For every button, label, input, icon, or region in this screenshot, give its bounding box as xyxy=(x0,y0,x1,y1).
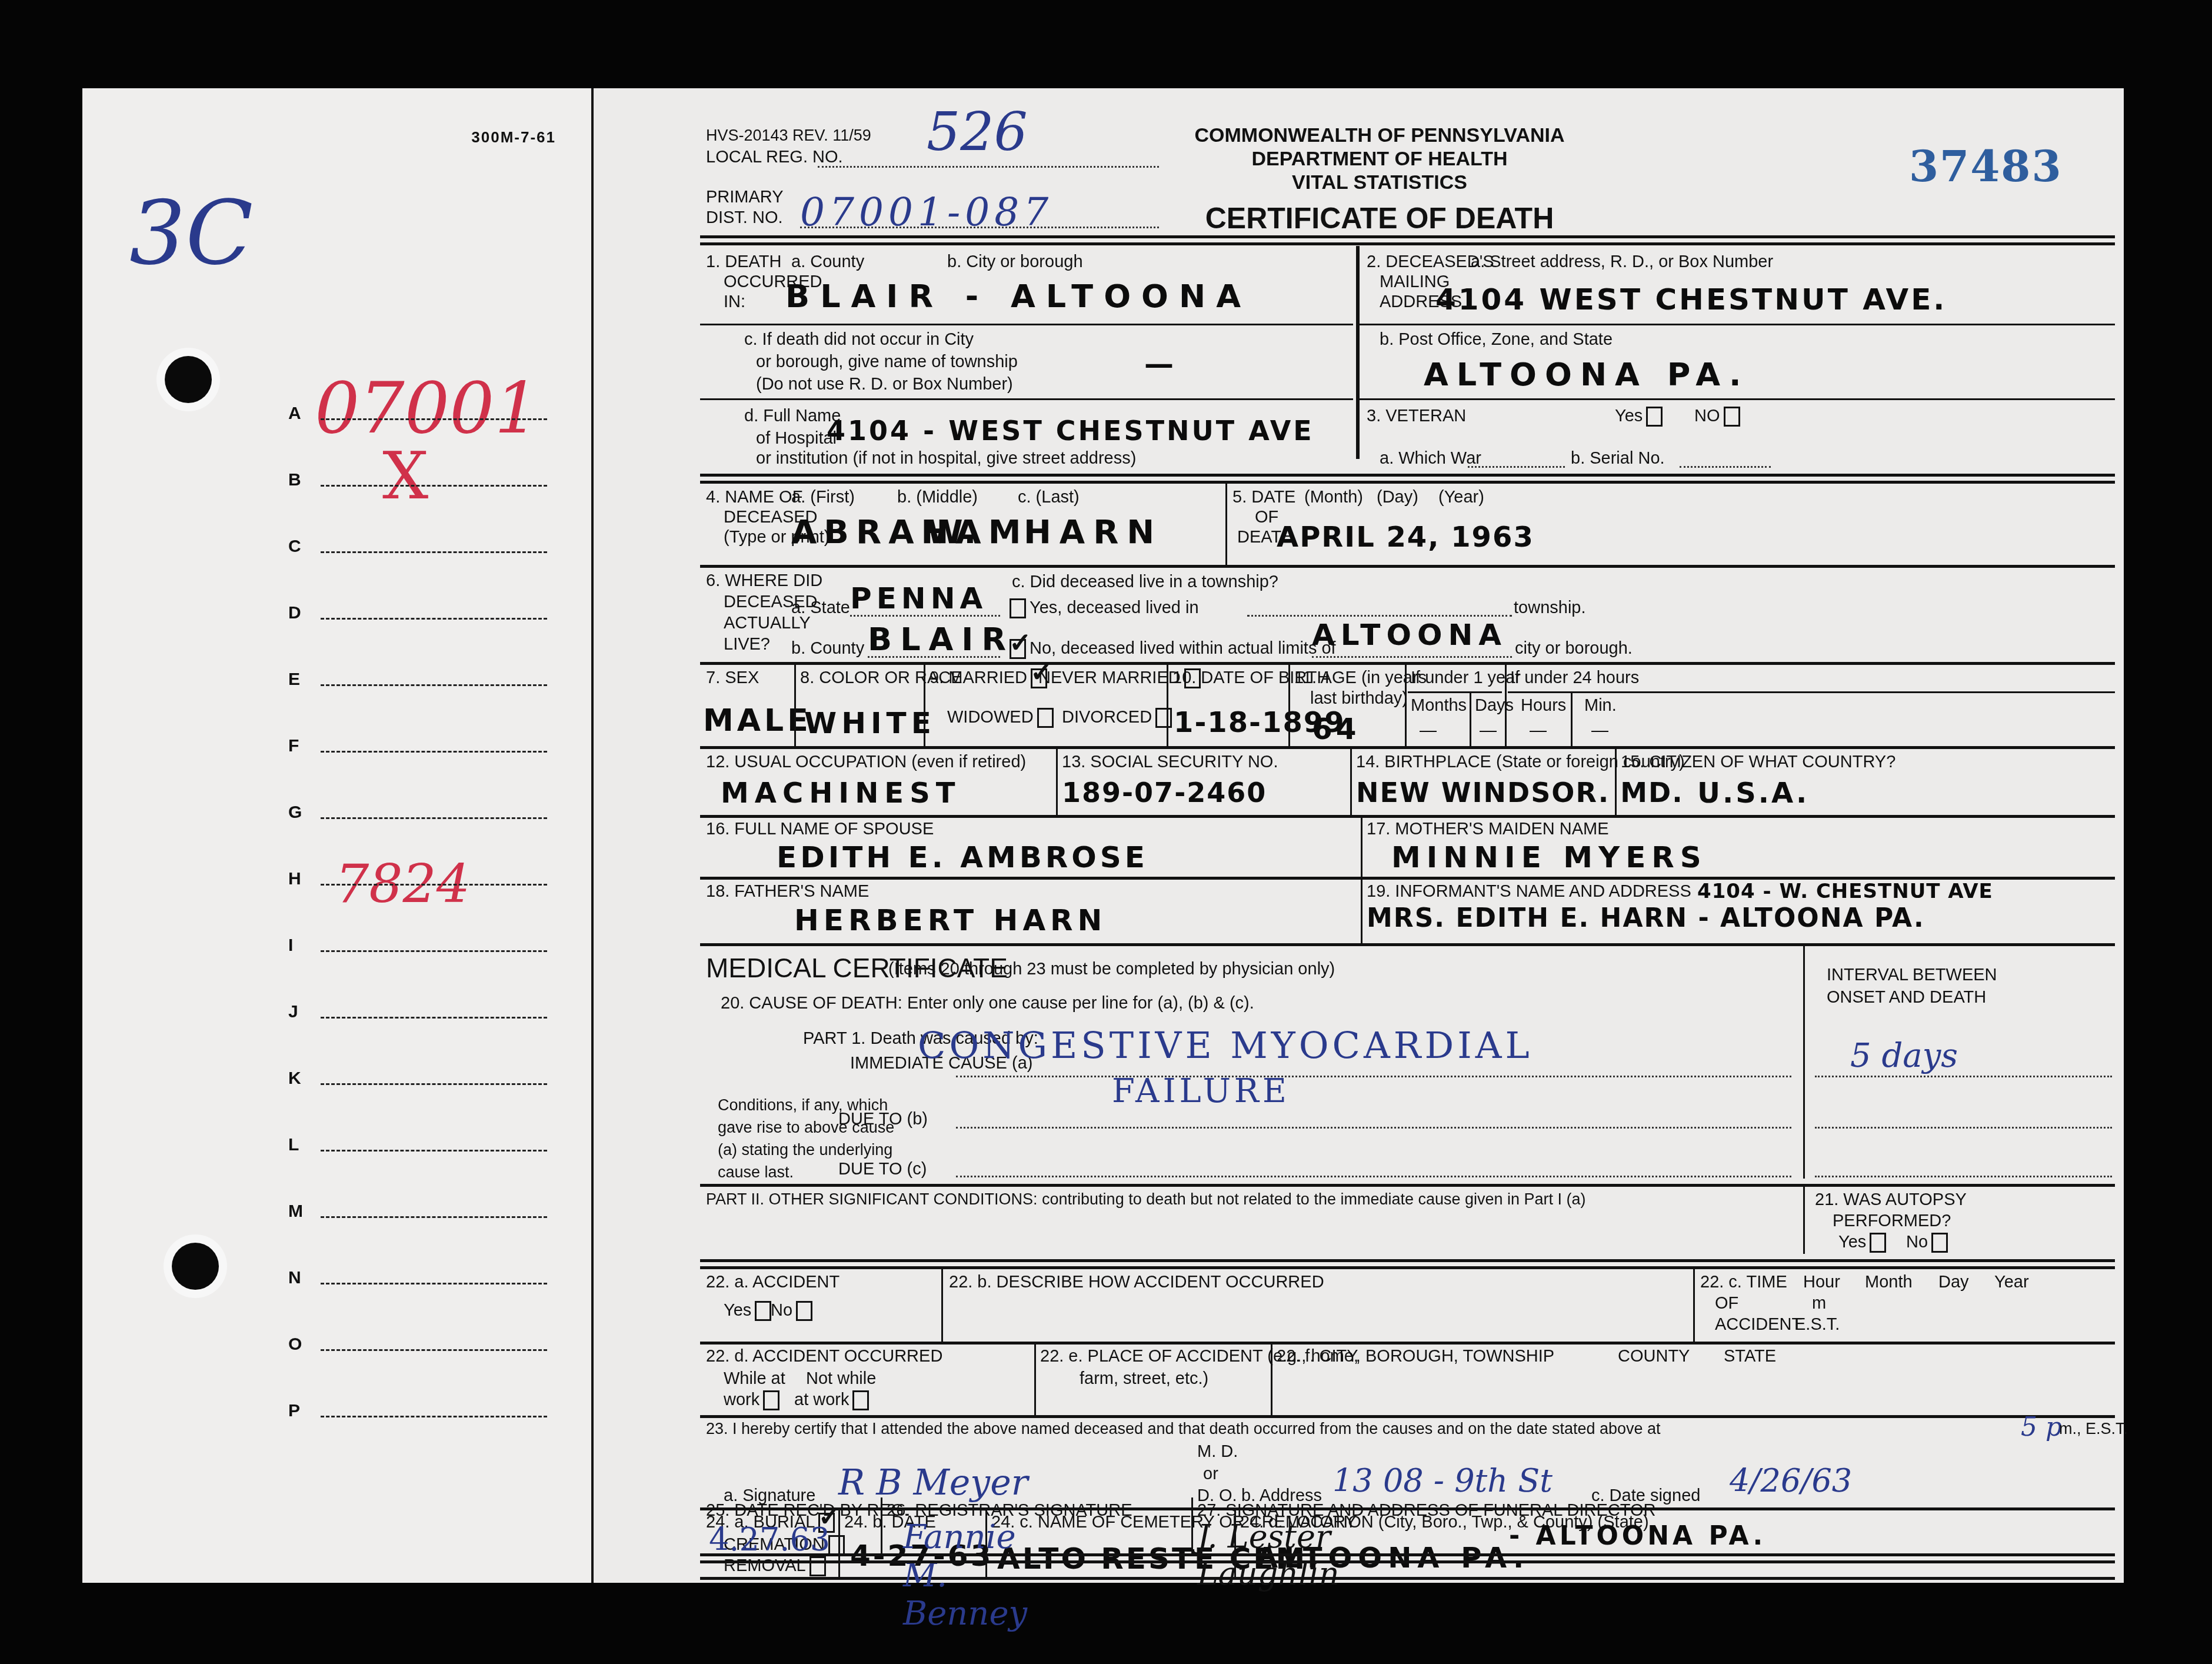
death-place-value: BLAIR - ALTOONA xyxy=(785,278,1251,315)
form-number: HVS-20143 REV. 11/59 xyxy=(706,126,871,145)
residence-city-value: ALTOONA xyxy=(1312,618,1507,652)
cause-of-death-label: 20. CAUSE OF DEATH: Enter only one cause… xyxy=(721,993,1254,1014)
divorced-option[interactable]: DIVORCED xyxy=(1062,707,1175,728)
item5-label: 5. DATE xyxy=(1232,487,1295,508)
informant-name-value: MRS. EDITH E. HARN - ALTOONA PA. xyxy=(1367,903,1925,933)
while-at-work-checkbox[interactable] xyxy=(763,1390,779,1410)
certificate-form: HVS-20143 REV. 11/59 526 LOCAL REG. NO. … xyxy=(591,88,2124,1583)
physician-address-value: 13 08 - 9th St xyxy=(1332,1462,1553,1499)
due-to-b-label: DUE TO (b) xyxy=(838,1109,928,1130)
accident-yes-checkbox[interactable] xyxy=(755,1301,771,1321)
lived-in-township-option[interactable]: Yes, deceased lived in xyxy=(1006,598,1199,618)
physician-signature-value: R B Meyer xyxy=(838,1462,1028,1503)
accident-label: 22. a. ACCIDENT xyxy=(706,1272,840,1293)
date-signed-value: 4/26/63 xyxy=(1730,1462,1852,1499)
removal-option[interactable]: REMOVAL xyxy=(724,1556,829,1576)
autopsy-no[interactable]: No xyxy=(1906,1232,1951,1253)
time-of-death-value: 5 p xyxy=(2021,1412,2062,1442)
last-name-value: HARN xyxy=(1024,513,1162,551)
veteran-label: 3. VETERAN xyxy=(1367,406,1466,427)
informant-label: 19. INFORMANT'S NAME AND ADDRESS xyxy=(1367,881,1691,902)
strip-row-c: C xyxy=(288,527,547,557)
registrar-signature-value: Fannie M. Benney xyxy=(903,1518,1027,1633)
strip-row-g: G xyxy=(288,793,547,823)
sex-label: 7. SEX xyxy=(706,668,759,688)
occupation-value: MACHINEST xyxy=(721,777,961,810)
due-to-c-label: DUE TO (c) xyxy=(838,1159,927,1180)
occupation-label: 12. USUAL OCCUPATION (even if retired) xyxy=(706,752,1026,773)
agency-line-3: VITAL STATISTICS xyxy=(1103,171,1656,194)
certificate-number: 37483 xyxy=(1909,141,2063,191)
strip-row-o: O xyxy=(288,1325,547,1355)
township-value: — xyxy=(1144,347,1177,381)
citizenship-label: 15. CITIZEN OF WHAT COUNTRY? xyxy=(1621,752,1895,773)
certificate-title: CERTIFICATE OF DEATH xyxy=(1103,198,1656,239)
township-yes-checkbox[interactable] xyxy=(1010,598,1026,618)
date-received-label: 25. DATE REC'D BY REG. xyxy=(706,1500,909,1521)
mother-maiden-name-value: MINNIE MYERS xyxy=(1391,840,1707,874)
item4-label: 4. NAME OF xyxy=(706,487,802,508)
immediate-cause-value-1: CONGESTIVE MYOCARDIAL xyxy=(918,1024,1533,1067)
serial-no-label: b. Serial No. xyxy=(1571,448,1665,469)
punch-hole-top xyxy=(165,356,212,403)
middle-name-value: W. xyxy=(927,513,980,551)
autopsy-yes[interactable]: Yes xyxy=(1838,1232,1890,1253)
agency-line-1: COMMONWEALTH OF PENNSYLVANIA xyxy=(1103,124,1656,147)
strip-row-e: E xyxy=(288,660,547,690)
age-value: 64 xyxy=(1312,712,1360,746)
accident-no-checkbox[interactable] xyxy=(796,1301,812,1321)
while-at-work-option[interactable]: work xyxy=(724,1390,783,1410)
funeral-director-address: - ALTOONA PA. xyxy=(1509,1521,1766,1551)
mother-maiden-name-label: 17. MOTHER'S MAIDEN NAME xyxy=(1367,819,1609,840)
veteran-yes[interactable]: Yes xyxy=(1615,406,1666,427)
date-of-death-value: APRIL 24, 1963 xyxy=(1277,521,1534,554)
accident-city-label: 22. f. CITY, BOROUGH, TOWNSHIP xyxy=(1277,1346,1554,1367)
immediate-cause-value-2: FAILURE xyxy=(1112,1072,1290,1110)
first-name-value: ABRAHAM xyxy=(791,513,1028,551)
strip-row-p: P xyxy=(288,1392,547,1421)
veteran-no-checkbox[interactable] xyxy=(1724,407,1740,427)
ssn-label: 13. SOCIAL SECURITY NO. xyxy=(1062,752,1278,773)
post-office-value: ALTOONA PA. xyxy=(1424,356,1750,393)
age-label: 11. AGE (in years xyxy=(1294,668,1427,688)
agency-header: COMMONWEALTH OF PENNSYLVANIA DEPARTMENT … xyxy=(1103,124,1656,239)
accident-time-label: 22. c. TIME xyxy=(1700,1272,1787,1293)
strip-row-h: H xyxy=(288,860,547,889)
index-strip: 300M-7-61 3C 07001 X 7824 A B C D E F G … xyxy=(82,88,594,1583)
accident-description-label: 22. b. DESCRIBE HOW ACCIDENT OCCURRED xyxy=(949,1272,1324,1293)
veteran-yes-checkbox[interactable] xyxy=(1646,407,1663,427)
ssn-value: 189-07-2460 xyxy=(1062,777,1267,808)
removal-checkbox[interactable] xyxy=(809,1556,826,1576)
strip-form-code: 300M-7-61 xyxy=(471,128,556,147)
widowed-option[interactable]: WIDOWED xyxy=(947,707,1057,728)
blue-annotation: 3C xyxy=(129,182,253,285)
local-reg-value: 526 xyxy=(927,101,1028,163)
local-reg-label: LOCAL REG. NO. xyxy=(706,147,843,168)
veteran-no[interactable]: NO xyxy=(1694,406,1744,427)
married-option[interactable]: 9. MARRIED xyxy=(930,668,1051,688)
residence-state-value: PENNA xyxy=(850,581,987,615)
which-war-label: a. Which War xyxy=(1380,448,1481,469)
informant-address-value: 4104 - W. CHESTNUT AVE xyxy=(1697,880,1993,903)
strip-row-j: J xyxy=(288,993,547,1022)
township-no-checkbox[interactable] xyxy=(1010,639,1026,659)
lived-in-city-option[interactable]: No, deceased lived within actual limits … xyxy=(1006,638,1336,659)
accident-no[interactable]: No xyxy=(771,1300,816,1321)
father-name-label: 18. FATHER'S NAME xyxy=(706,881,869,902)
race-value: WHITE xyxy=(804,706,936,740)
item6-label: 6. WHERE DID xyxy=(706,571,822,591)
father-name-value: HERBERT HARN xyxy=(794,903,1107,937)
not-at-work-option[interactable]: at work xyxy=(794,1390,872,1410)
autopsy-no-checkbox[interactable] xyxy=(1931,1233,1948,1253)
cremation-checkbox[interactable] xyxy=(828,1535,845,1555)
physician-certification-text: 23. I hereby certify that I attended the… xyxy=(706,1419,1661,1438)
strip-row-m: M xyxy=(288,1192,547,1222)
birthplace-value: NEW WINDSOR. MD. xyxy=(1356,777,1684,808)
autopsy-label: 21. WAS AUTOPSY xyxy=(1815,1190,1967,1210)
widowed-checkbox[interactable] xyxy=(1037,708,1054,728)
hospital-value: 4104 - WEST CHESTNUT AVE xyxy=(827,415,1314,447)
strip-row-a: A xyxy=(288,394,547,424)
citizenship-value: U.S.A. xyxy=(1697,777,1809,810)
strip-row-b: B xyxy=(288,461,547,490)
strip-row-d: D xyxy=(288,594,547,623)
mailing-street-value: 4104 WEST CHESTNUT AVE. xyxy=(1435,282,1947,317)
death-certificate: 300M-7-61 3C 07001 X 7824 A B C D E F G … xyxy=(82,88,2124,1583)
interval-label: INTERVAL BETWEEN xyxy=(1827,965,1997,986)
strip-row-f: F xyxy=(288,727,547,756)
spouse-value: EDITH E. AMBROSE xyxy=(777,840,1148,874)
primary-dist-label-1: PRIMARY xyxy=(706,187,784,208)
item1-label: 1. DEATH xyxy=(706,252,781,272)
city-label: b. City or borough xyxy=(947,252,1083,272)
accident-yes[interactable]: Yes xyxy=(724,1300,775,1321)
date-received-value: 4.27.63 xyxy=(709,1521,830,1558)
divorced-checkbox[interactable] xyxy=(1155,708,1172,728)
strip-row-l: L xyxy=(288,1126,547,1155)
accident-occurred-label: 22. d. ACCIDENT OCCURRED xyxy=(706,1346,942,1367)
interval-value: 5 days xyxy=(1850,1037,1958,1075)
county-label: a. County xyxy=(791,252,864,272)
spouse-label: 16. FULL NAME OF SPOUSE xyxy=(706,819,934,840)
strip-row-i: I xyxy=(288,926,547,956)
other-conditions-label: PART II. OTHER SIGNIFICANT CONDITIONS: c… xyxy=(706,1190,1586,1209)
punch-hole-bottom xyxy=(172,1243,219,1290)
autopsy-yes-checkbox[interactable] xyxy=(1870,1233,1886,1253)
agency-line-2: DEPARTMENT OF HEALTH xyxy=(1103,147,1656,171)
primary-dist-label-2: DIST. NO. xyxy=(706,208,783,228)
not-at-work-checkbox[interactable] xyxy=(852,1390,869,1410)
strip-row-k: K xyxy=(288,1059,547,1089)
strip-row-n: N xyxy=(288,1259,547,1288)
residence-county-value: BLAIR xyxy=(868,621,1014,658)
